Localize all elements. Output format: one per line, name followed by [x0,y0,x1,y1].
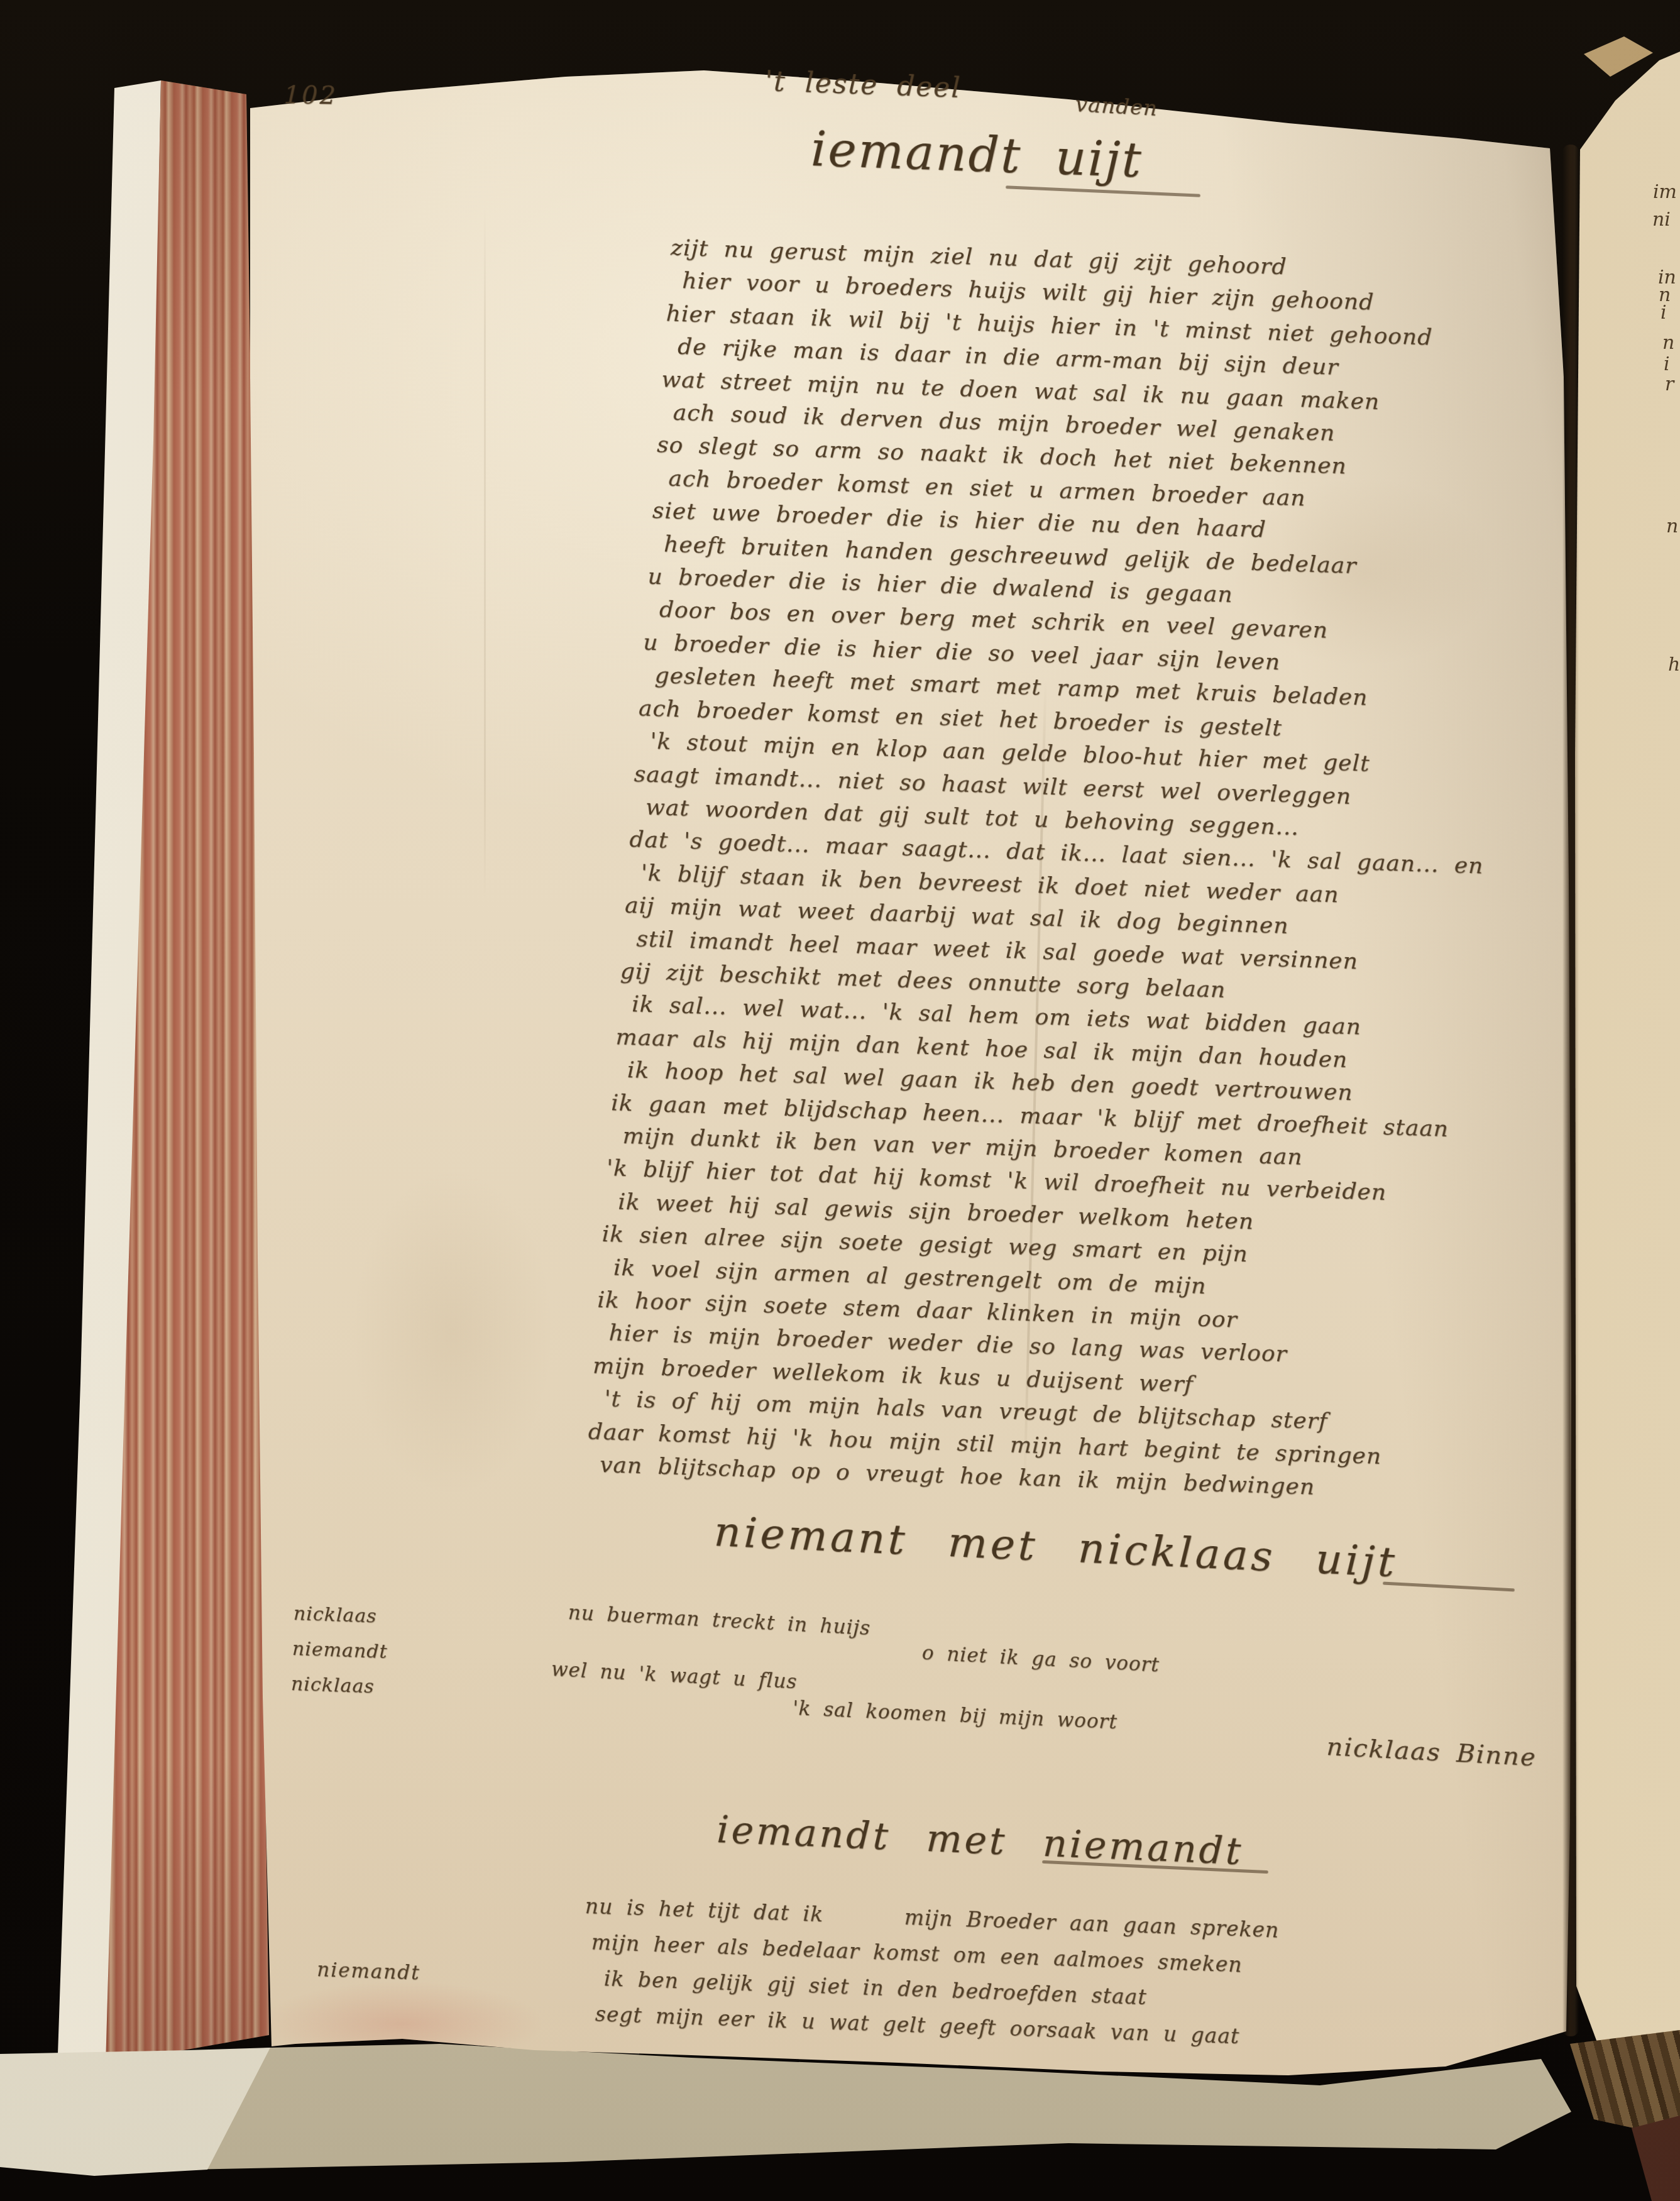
page-crease [484,207,486,899]
facing-page-text-fragment: r [1665,373,1674,395]
margin-speaker-labels: nicklaasniemandtnicklaas [290,1596,389,1705]
scene-title: iemandt uijt [810,121,1144,188]
margin-speaker-label: niemandt [292,1632,388,1670]
running-header-right: vanden [1075,92,1158,121]
running-header-left: 't leste deel [764,65,962,104]
ink-showthrough [352,1169,553,1496]
margin-speaker-label: niemandt [317,1958,421,1985]
photo-canvas: 102 't leste deel vanden iemandt uijt zi… [0,0,1680,2201]
margin-speaker-label: nicklaas [293,1596,389,1635]
facing-page-text-fragment: i [1661,302,1667,324]
facing-page-text-fragment: ni [1652,209,1671,231]
facing-page-text-fragment: n [1662,332,1674,354]
facing-page-text-fragment: n [1666,515,1678,537]
main-text-block: zijt nu gerust mijn ziel nu dat gij zijt… [581,230,1563,1511]
scene-niemandt-text-block: nu is het tijt dat ik mijn Broeder aan g… [581,1888,1280,2055]
facing-page-text-fragment: i [1664,353,1670,375]
page-number: 102 [283,80,338,110]
margin-speaker-label: nicklaas [290,1667,387,1705]
gutter-fold [1562,145,1579,2036]
facing-page-text-fragment: im [1653,181,1677,203]
facing-page-text-fragment: h [1668,654,1680,676]
